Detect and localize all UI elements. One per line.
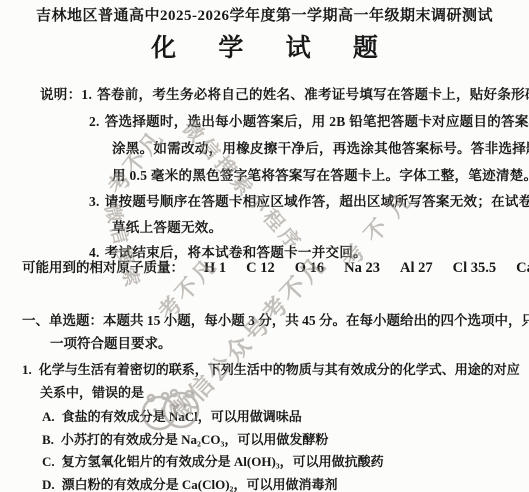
option-b-label: B. bbox=[42, 432, 54, 447]
instruction-text-2c: 用 0.5 毫米的黑色签字笔将答案写在答题卡上。字体工整，笔迹清楚。 bbox=[112, 168, 529, 183]
watermark-brand-text: 考不凡 bbox=[100, 122, 171, 200]
instruction-number-1: 1. bbox=[81, 87, 92, 102]
subject-title: 化 学 试 题 bbox=[0, 28, 529, 64]
question-1-option-c: C.复方氢氧化铝片的有效成分是 Al(OH)₃，可以用做抗酸药 bbox=[42, 451, 384, 470]
option-d-label: D. bbox=[42, 477, 55, 492]
atomic-mass-Cl: Cl 35.5 bbox=[453, 260, 497, 277]
instruction-line-4: 用 0.5 毫米的黑色签字笔将答案写在答题卡上。字体工整，笔迹清楚。 bbox=[112, 164, 529, 184]
question-1-option-d: D.漂白粉的有效成分是 Ca(ClO)₂，可以用做消毒剂 bbox=[42, 474, 337, 492]
exam-paper-page: 吉林地区普通高中2025-2026学年度第一学期高一年级期末调研测试 化 学 试… bbox=[0, 0, 529, 492]
option-c-label: C. bbox=[42, 454, 55, 469]
question-1-stem-text: 化学与生活有着密切的联系，下列生活中的物质与其有效成分的化学式、用途的对应 bbox=[39, 362, 520, 377]
instruction-text-3a: 请按题号顺序在答题卡相应区域作答，超出区域所写答案无效；在试卷上、 bbox=[105, 194, 529, 209]
instruction-text-2a: 答选择题时，选出每小题答案后，用 2B 铅笔把答题卡对应题目的答案标号 bbox=[105, 114, 529, 129]
mascot-faces-icon bbox=[140, 385, 202, 435]
atomic-mass-C: C 12 bbox=[246, 260, 275, 277]
question-1-stem-continued: 关系中，错误的是 bbox=[40, 382, 144, 401]
question-1-stem: 1.化学与生活有着密切的联系，下列生活中的物质与其有效成分的化学式、用途的对应 bbox=[22, 359, 520, 378]
question-1-number: 1. bbox=[22, 362, 32, 377]
instruction-line-5: 3.请按题号顺序在答题卡相应区域作答，超出区域所写答案无效；在试卷上、 bbox=[89, 190, 529, 210]
instruction-number-2: 2. bbox=[89, 114, 100, 129]
section-one-heading-continued: 一项符合题目要求。 bbox=[50, 332, 172, 352]
instruction-line-3: 涂黑。如需改动，用橡皮擦干净后，再选涂其他答案标号。答非选择题时， bbox=[112, 137, 529, 157]
atomic-mass-Ca: Ca 40 bbox=[516, 260, 529, 277]
exam-title: 吉林地区普通高中2025-2026学年度第一学期高一年级期末调研测试 bbox=[0, 4, 529, 25]
atomic-mass-line: 可能用到的相对原子质量： H 1 C 12 O 16 Na 23 Al 27 C… bbox=[22, 256, 529, 277]
atomic-mass-label: 可能用到的相对原子质量： bbox=[22, 256, 184, 276]
option-c-text: 复方氢氧化铝片的有效成分是 Al(OH)₃，可以用做抗酸药 bbox=[62, 454, 384, 469]
option-d-text: 漂白粉的有效成分是 Ca(ClO)₂，可以用做消毒剂 bbox=[62, 477, 338, 492]
instruction-text-1: 答卷前，考生务必将自己的姓名、准考证号填写在答题卡上，贴好条形码。 bbox=[97, 87, 529, 102]
instruction-text-2b: 涂黑。如需改动，用橡皮擦干净后，再选涂其他答案标号。答非选择题时， bbox=[112, 141, 529, 156]
instruction-line-2: 2.答选择题时，选出每小题答案后，用 2B 铅笔把答题卡对应题目的答案标号 bbox=[89, 110, 529, 130]
instruction-line-1: 说明：1.答卷前，考生务必将自己的姓名、准考证号填写在答题卡上，贴好条形码。 bbox=[40, 83, 529, 103]
option-a-label: A. bbox=[42, 409, 55, 424]
instructions-label: 说明： bbox=[40, 87, 81, 102]
atomic-mass-Al: Al 27 bbox=[400, 260, 433, 277]
